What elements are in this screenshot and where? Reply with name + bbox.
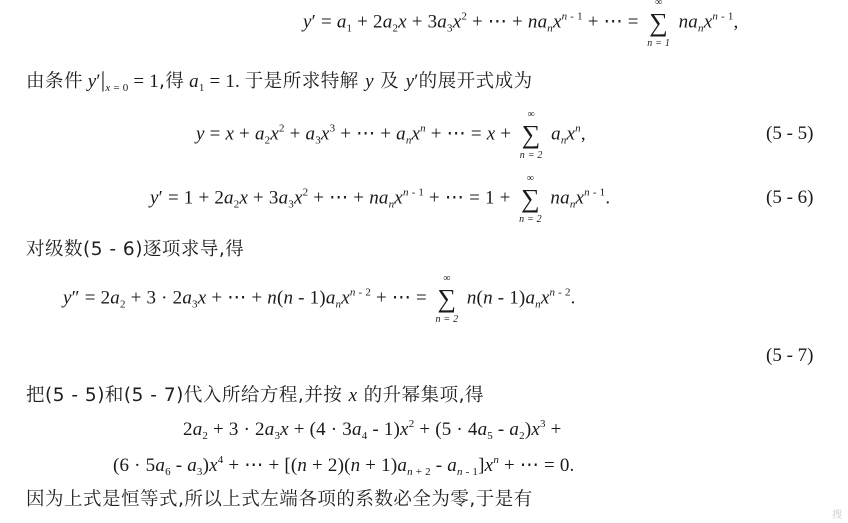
- equation-5-6: y′ = 1 + 2a2x + 3a3x2 + ⋯ + nanxn - 1 + …: [150, 186, 610, 212]
- equation-number-5-7: (5 - 7): [766, 344, 813, 368]
- equation-collected-line-1: 2a2 + 3 · 2a3x + (4 · 3a4 - 1)x2 + (5 · …: [183, 418, 562, 442]
- summation-symbol: ∞∑n = 2: [436, 286, 458, 312]
- paragraph-differentiate: 对级数(5 - 6)逐项求导,得: [26, 238, 244, 262]
- watermark: 搜: [832, 506, 842, 521]
- equation-5-7: y″ = 2a2 + 3 · 2a3x + ⋯ + n(n - 1)anxn -…: [63, 286, 576, 312]
- equation-yprime-series: y′ = a1 + 2a2x + 3a3x2 + ⋯ + nanxn - 1 +…: [303, 10, 738, 36]
- summation-symbol: ∞∑n = 1: [648, 10, 670, 36]
- equation-number-5-5: (5 - 5): [766, 122, 813, 146]
- summation-symbol: ∞∑n = 2: [519, 186, 541, 212]
- paragraph-condition: 由条件 y′|x = 0 = 1,得 a1 = 1. 于是所求特解 y 及 y′…: [26, 68, 533, 94]
- paragraph-conclusion: 因为上式是恒等式,所以上式左端各项的系数必全为零,于是有: [26, 488, 533, 512]
- equation-5-5: y = x + a2x2 + a3x3 + ⋯ + anxn + ⋯ = x +…: [196, 122, 586, 148]
- equation-collected-line-2: (6 · 5a6 - a3)x4 + ⋯ + [(n + 2)(n + 1)an…: [113, 454, 575, 478]
- paragraph-substitute: 把(5 - 5)和(5 - 7)代入所给方程,并按 x 的升幂集项,得: [26, 384, 484, 408]
- equation-number-5-6: (5 - 6): [766, 186, 813, 210]
- summation-symbol: ∞∑n = 2: [520, 122, 542, 148]
